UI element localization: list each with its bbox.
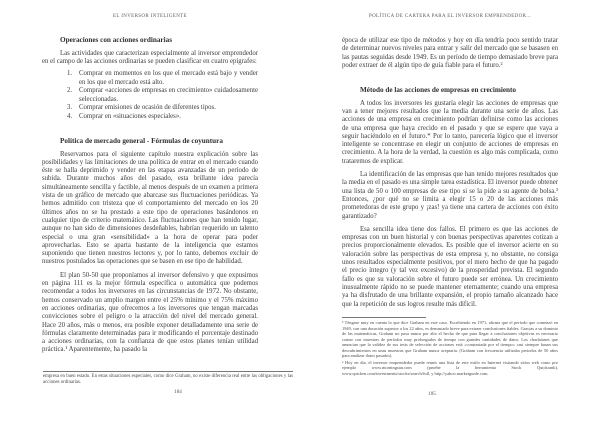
paragraph-a-todos: A todos los inversores les gustaría eleg… [342, 100, 558, 166]
paragraph-dos-fallos: Esa sencilla idea tiene dos fallos. El p… [342, 226, 558, 309]
paragraph-intro: Las actividades que caracterizan especia… [42, 50, 258, 67]
right-footnote-block: ² Téngase muy en cuenta lo que dice Grah… [342, 317, 558, 377]
list-item-number: 2. [67, 87, 72, 96]
footnote-websites: ³ Hoy en día, el inversor emprendedor pu… [342, 360, 558, 377]
footnote-rule [342, 317, 426, 318]
running-head-right: POLÍTICA DE CARTERA PARA EL INVERSOR EMP… [342, 14, 558, 20]
paragraph-identificacion: La identificación de las empresas que ha… [342, 171, 558, 221]
heading-metodo: Método de las acciones de empresas en cr… [342, 86, 558, 95]
list-item-text: Comprar «acciones de empresas en crecimi… [79, 87, 258, 103]
list-item: 3. Comprar emisiones de ocasión de difer… [42, 104, 258, 113]
running-head-left: EL INVERSOR INTELIGENTE [42, 14, 258, 20]
list-item-number: 1. [67, 70, 72, 79]
left-page: EL INVERSOR INTELIGENTE Operaciones con … [42, 0, 258, 355]
list-item: 4. Comprar en «situaciones especiales». [42, 113, 258, 122]
heading-operaciones: Operaciones con acciones ordinarias [42, 36, 258, 45]
list-item-number: 3. [67, 104, 72, 113]
ordered-list: 1. Comprar en momentos en los que el mer… [42, 70, 258, 121]
list-item-number: 4. [67, 113, 72, 122]
list-item-text: Comprar en «situaciones especiales». [79, 113, 181, 120]
footnote-rule [43, 371, 293, 372]
list-item: 1. Comprar en momentos en los que el mer… [42, 70, 258, 87]
left-footnote-block: empresa en buen estado. En estas situaci… [43, 371, 293, 386]
page-number-left: 184 [163, 389, 193, 395]
list-item: 2. Comprar «acciones de empresas en crec… [42, 87, 258, 104]
heading-politica: Política de mercado general - Fórmulas d… [42, 137, 258, 146]
footnote-graham: ² Téngase muy en cuenta lo que dice Grah… [342, 320, 558, 359]
list-item-text: Comprar en momentos en los que el mercad… [79, 70, 258, 86]
footnote-continuation: empresa en buen estado. En estas situaci… [43, 374, 293, 386]
list-item-text: Comprar emisiones de ocasión de diferent… [79, 104, 216, 111]
paragraph-reservamos: Reservamos para el siguiente capítulo nu… [42, 151, 258, 267]
right-page: POLÍTICA DE CARTERA PARA EL INVERSOR EMP… [342, 0, 558, 309]
page-number-right: 185 [417, 391, 447, 397]
paragraph-plan-50-50: El plan 50-50 que proponíamos al inverso… [42, 272, 258, 355]
paragraph-continuation: época de utilizar ese tipo de métodos y … [342, 37, 558, 70]
book-spread: EL INVERSOR INTELIGENTE Operaciones con … [0, 0, 600, 424]
